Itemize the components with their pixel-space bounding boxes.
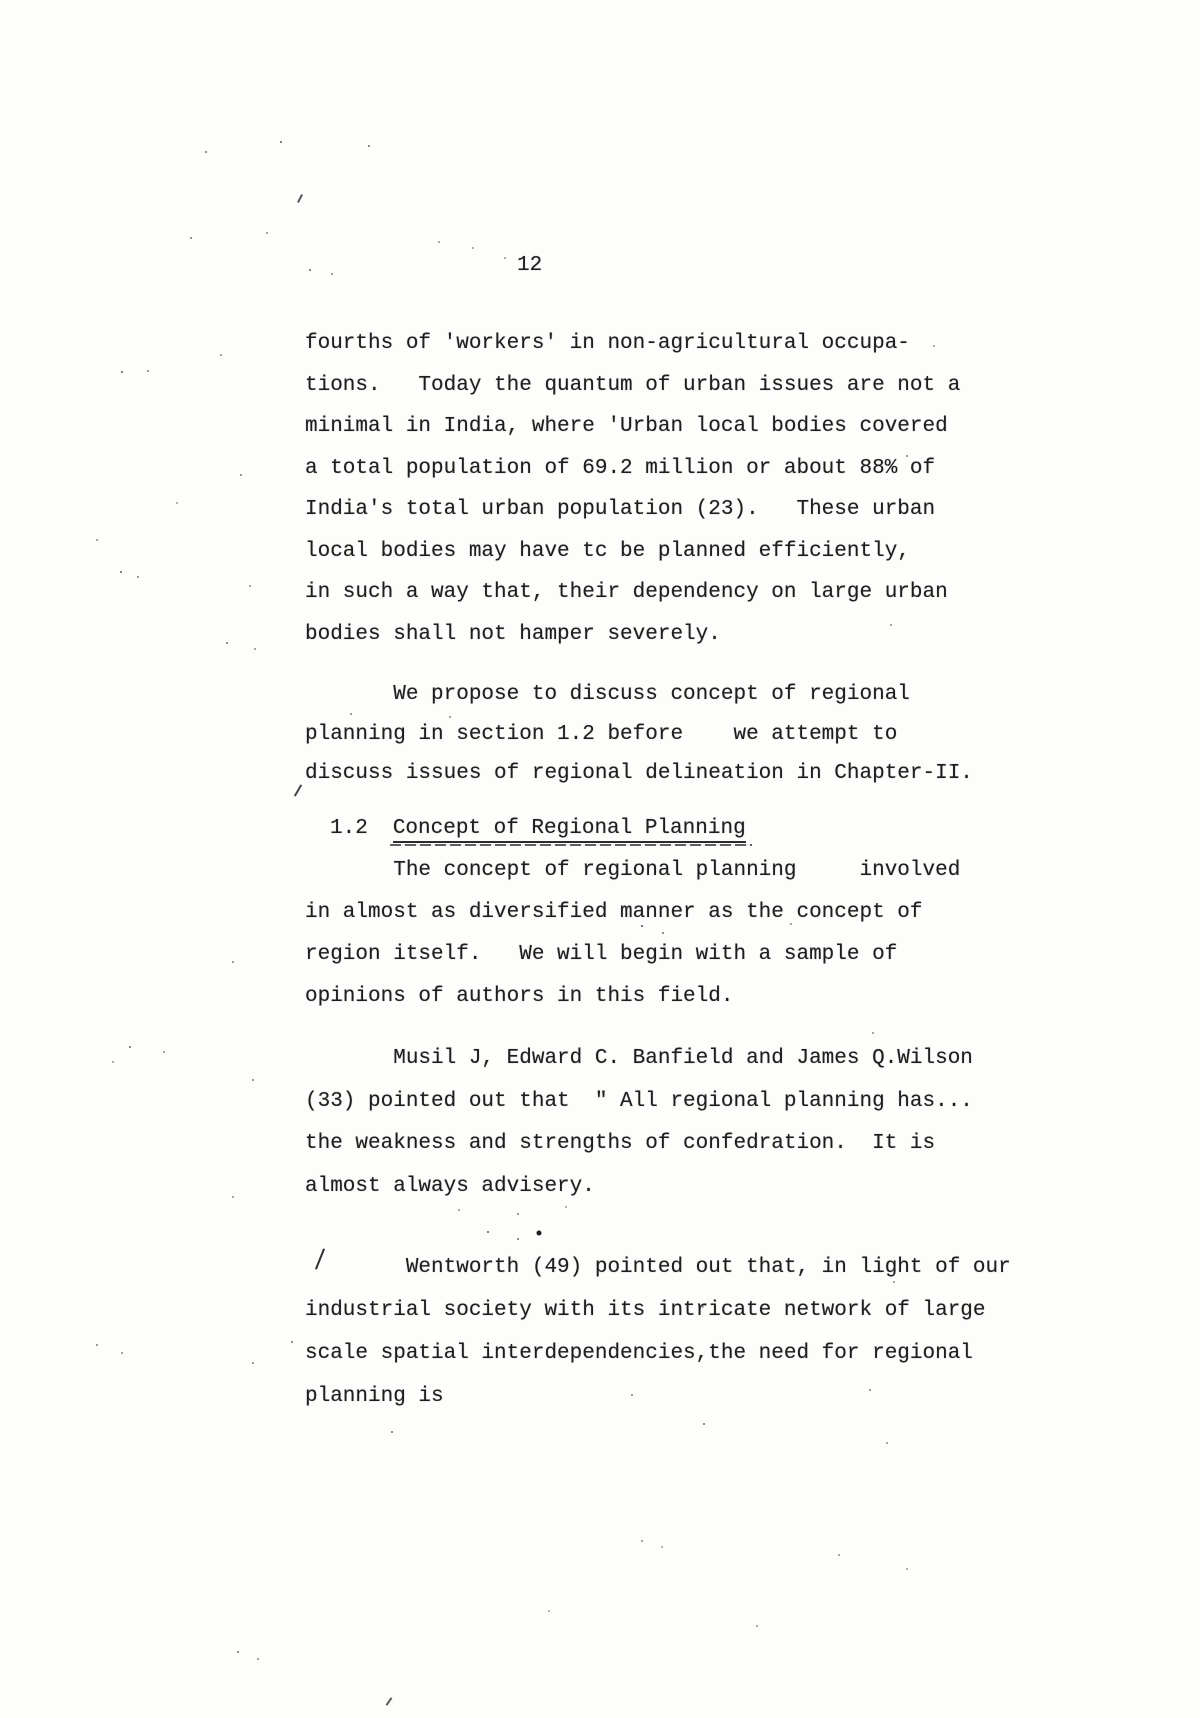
- text-line: planning in section 1.2 before we attemp…: [305, 715, 973, 755]
- scan-speckles: [0, 0, 2, 2]
- section-heading: 1.2Concept of Regional Planning: [330, 808, 746, 850]
- text-line: the weakness and strengths of confedrati…: [305, 1123, 973, 1166]
- text-line: (33) pointed out that " All regional pla…: [305, 1081, 973, 1124]
- document-page: 12 fourths of 'workers' in non-agricultu…: [0, 0, 1200, 1718]
- text-line: discuss issues of regional delineation i…: [305, 754, 973, 794]
- text-line: planning is: [305, 1375, 1011, 1418]
- text-line: in such a way that, their dependency on …: [305, 572, 960, 614]
- text-line: minimal in India, where 'Urban local bod…: [305, 406, 960, 448]
- text-line: bodies shall not hamper severely.: [305, 614, 960, 656]
- paragraph: Musil J, Edward C. Banfield and James Q.…: [305, 1038, 973, 1208]
- text-line: industrial society with its intricate ne…: [305, 1289, 1011, 1332]
- text-line: tions. Today the quantum of urban issues…: [305, 365, 960, 407]
- text-line: scale spatial interdependencies,the need…: [305, 1332, 1011, 1375]
- text-line: almost always advisery.: [305, 1166, 973, 1209]
- text-line: Wentworth (49) pointed out that, in ligh…: [305, 1246, 1011, 1289]
- paragraph: The concept of regional planning involve…: [305, 850, 960, 1018]
- paragraph: We propose to discuss concept of regiona…: [305, 675, 973, 794]
- paragraph: fourths of 'workers' in non-agricultural…: [305, 323, 960, 655]
- text-line: The concept of regional planning involve…: [305, 850, 960, 892]
- text-column: fourths of 'workers' in non-agricultural…: [0, 0, 1200, 1718]
- text-line: a total population of 69.2 million or ab…: [305, 448, 960, 490]
- text-line: opinions of authors in this field.: [305, 976, 960, 1018]
- text-line: Musil J, Edward C. Banfield and James Q.…: [305, 1038, 973, 1081]
- section-number: 1.2: [330, 817, 368, 840]
- paragraph: Wentworth (49) pointed out that, in ligh…: [305, 1246, 1011, 1418]
- text-line: local bodies may have tc be planned effi…: [305, 531, 960, 573]
- text-line: in almost as diversified manner as the c…: [305, 892, 960, 934]
- section-title: Concept of Regional Planning: [393, 817, 746, 843]
- text-line: region itself. We will begin with a samp…: [305, 934, 960, 976]
- text-line: We propose to discuss concept of regiona…: [305, 675, 973, 715]
- text-line: India's total urban population (23). The…: [305, 489, 960, 531]
- text-line: fourths of 'workers' in non-agricultural…: [305, 323, 960, 365]
